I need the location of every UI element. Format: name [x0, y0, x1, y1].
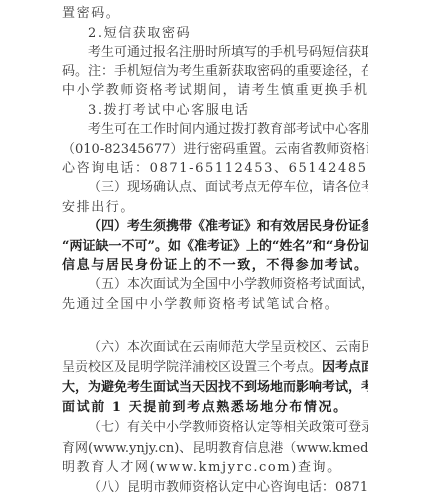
text-segment: （七）有关中小学教师资格认定等相关政策可登录云南教 [88, 420, 368, 435]
text-line: （010-82345677）进行密码重置。云南省教师资格认定指导中 [62, 140, 368, 159]
document-page: 置密码。2.短信获取密码考生可通过报名注册时所填写的手机号码短信获取密码。注：手… [0, 0, 428, 500]
bold-text-segment: 信息与居民身份证上的不一致，不得参加考试。 [62, 258, 368, 273]
text-line: 大，为避免考生面试当天因找不到场地而影响考试，考生可于 [62, 378, 368, 397]
text-line: 明教育人才网(www.kmjyrc.com)查询。 [62, 458, 368, 477]
text-line: “两证缺一不可”。如《准考证》上的“姓名”和“身份证” [62, 237, 368, 256]
text-line: 信息与居民身份证上的不一致，不得参加考试。 [62, 256, 368, 275]
text-segment: 考生可通过报名注册时所填写的手机号码短信获取密 [88, 45, 368, 60]
text-line: 2.短信获取密码 [88, 24, 368, 43]
text-line: 码。注：手机短信为考生重新获取密码的重要途径，在参加 [62, 62, 368, 81]
text-line: （六）本次面试在云南师范大学呈贡校区、云南民族大学 [88, 338, 368, 357]
text-line: 先通过全国中小学教师资格考试笔试合格。 [62, 295, 368, 314]
bold-text-segment: “两证缺一不可”。如《准考证》上的“姓名”和“身份证” [62, 239, 368, 254]
text-segment: 置密码。 [62, 6, 120, 21]
bold-text-segment: 面试前 1 天提前到考点熟悉场地分布情况。 [62, 400, 348, 415]
text-segment: 育网(www.ynjy.cn)、昆明教育信息港（www.kmedu.net)、昆 [62, 441, 368, 456]
text-line: 考生可在工作时间内通过拨打教育部考试中心客服电话 [88, 120, 368, 139]
text-segment: 明教育人才网(www.kmjyrc.com)查询。 [62, 460, 342, 475]
text-segment: 考生可在工作时间内通过拨打教育部考试中心客服电话 [88, 122, 368, 137]
text-line: 考生可通过报名注册时所填写的手机号码短信获取密 [88, 43, 368, 62]
text-segment: 呈贡校区及昆明学院洋浦校区设置三个考点。 [62, 360, 322, 375]
text-segment: 心咨询电话：0871-65112453、65142485。 [62, 161, 368, 176]
text-line: 中小学教师资格考试期间，请考生慎重更换手机号码。 [62, 81, 368, 100]
text-line: 置密码。 [62, 4, 368, 23]
text-line: 育网(www.ynjy.cn)、昆明教育信息港（www.kmedu.net)、昆 [62, 439, 368, 458]
text-segment: （五）本次面试为全国中小学教师资格考试面试，考生须 [88, 277, 368, 292]
text-segment: 码。注：手机短信为考生重新获取密码的重要途径，在参加 [62, 64, 368, 79]
text-segment: （010-82345677）进行密码重置。云南省教师资格认定指导中 [62, 142, 368, 157]
text-segment: （八）昆明市教师资格认定中心咨询电话：0871-65180066 [88, 480, 368, 495]
text-segment: 先通过全国中小学教师资格考试笔试合格。 [62, 297, 339, 312]
text-line: （七）有关中小学教师资格认定等相关政策可登录云南教 [88, 418, 368, 437]
text-line: （三）现场确认点、面试考点无停车位，请各位考生合理 [88, 178, 368, 197]
text-line: 呈贡校区及昆明学院洋浦校区设置三个考点。因考点面积较 [62, 358, 368, 377]
text-segment: 2.短信获取密码 [88, 26, 191, 41]
text-line: （四）考生须携带《准考证》和有效居民身份证参加考试， [88, 217, 368, 236]
text-line: 安排出行。 [62, 198, 368, 217]
text-line: 心咨询电话：0871-65112453、65142485。 [62, 159, 368, 178]
text-segment: （三）现场确认点、面试考点无停车位，请各位考生合理 [88, 180, 368, 195]
text-segment: 3.拨打考试中心客服电话 [88, 103, 250, 118]
text-line: 3.拨打考试中心客服电话 [88, 101, 368, 120]
bold-text-segment: 因考点面积较 [322, 360, 368, 375]
bold-text-segment: （四）考生须携带《准考证》和有效居民身份证参加考试， [88, 219, 368, 234]
text-line: （五）本次面试为全国中小学教师资格考试面试，考生须 [88, 275, 368, 294]
text-segment: 安排出行。 [62, 200, 135, 215]
text-line: 面试前 1 天提前到考点熟悉场地分布情况。 [62, 398, 368, 417]
text-line: （八）昆明市教师资格认定中心咨询电话：0871-65180066 [88, 478, 368, 497]
text-segment: （六）本次面试在云南师范大学呈贡校区、云南民族大学 [88, 340, 368, 355]
text-segment: 中小学教师资格考试期间，请考生慎重更换手机号码。 [62, 83, 368, 98]
bold-text-segment: 大，为避免考生面试当天因找不到场地而影响考试，考生可于 [62, 380, 368, 395]
